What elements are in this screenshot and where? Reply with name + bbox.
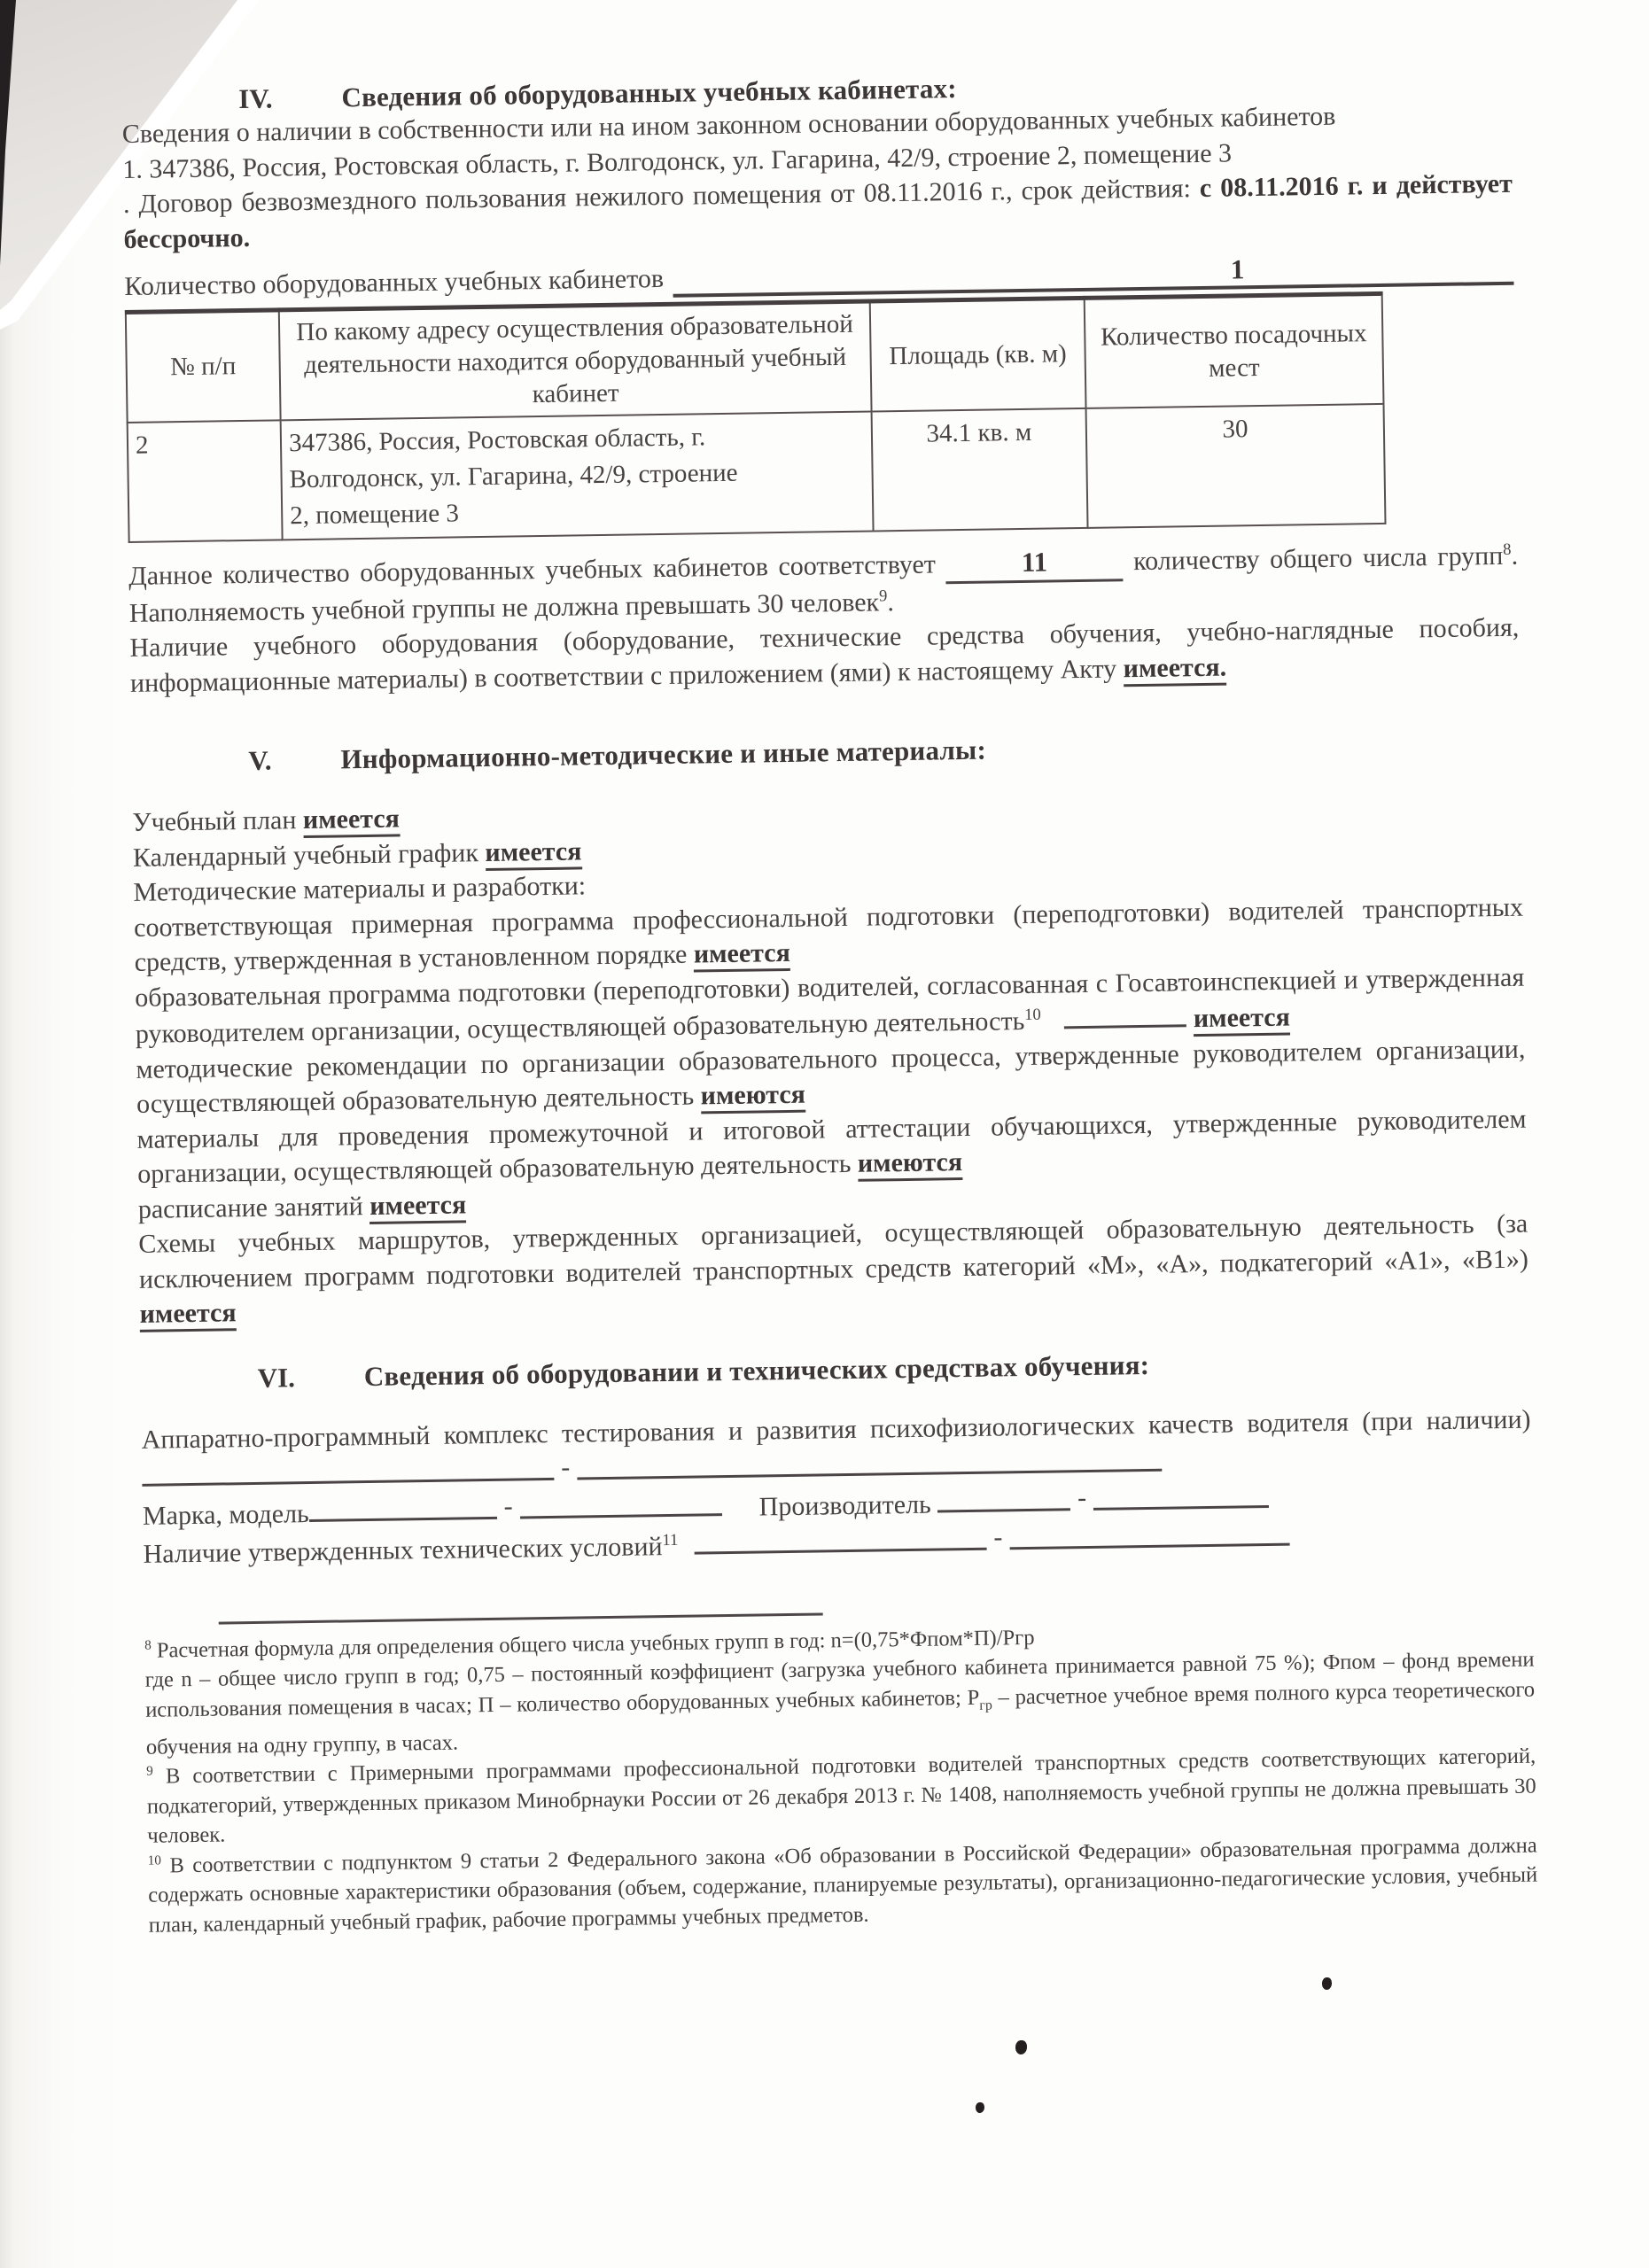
cabinets-table-row: 2 347386, Россия, Ростовская область, г.… (128, 404, 1386, 542)
tech-conditions-label: Наличие утвержденных технических условий (143, 1532, 662, 1569)
footnote-ref-8: 8 (1503, 540, 1512, 559)
item-present-value: имеются (700, 1080, 805, 1115)
item-label: Календарный учебный график (133, 838, 486, 873)
cabinet-count-blank: 1 (673, 250, 1514, 298)
brand-label: Марка, модель (143, 1499, 309, 1531)
item-present-value: имеется (139, 1298, 237, 1332)
cabinet-count-value: 1 (673, 253, 1245, 294)
footnote-ref-9: 9 (879, 586, 888, 605)
apk-blank-2 (577, 1443, 1162, 1480)
item-label: Учебный план (132, 805, 303, 837)
tech-blank-2 (1009, 1518, 1289, 1550)
section-v-title: Информационно-методические и иные матери… (340, 734, 986, 776)
footnote-9-text: В соответствии с Примерными программами … (147, 1744, 1536, 1848)
manufacturer-blank-1 (937, 1483, 1070, 1512)
apk-blank-1 (142, 1452, 554, 1486)
apk-label: Аппаратно-программный комплекс тестирова… (141, 1404, 1530, 1454)
groups-count-blank: 11 (945, 543, 1124, 583)
footnote-ref-11: 11 (662, 1530, 678, 1549)
cabinets-table-header-row: № п/п По какому адресу осуществления обр… (126, 293, 1384, 423)
blank-dash: - (496, 1491, 519, 1520)
section-v-number: V. (248, 745, 272, 777)
sec5-item-route-schemes: Схемы учебных маршрутов, утвержденных ор… (138, 1207, 1529, 1332)
scanned-document-page: IV. Сведения об оборудованных учебных ка… (0, 0, 1649, 2268)
cabinet-count-label: Количество оборудованных учебных кабинет… (124, 264, 664, 302)
ink-blot (976, 2102, 984, 2113)
footnote-10-marker: 10 (148, 1852, 161, 1868)
brand-blank-2 (519, 1488, 721, 1518)
groups-text-d: . (887, 587, 894, 617)
footnote-ref-10: 10 (1024, 1006, 1041, 1024)
item-present-value: имеются (858, 1147, 963, 1182)
item-present-value: имеется (303, 804, 401, 838)
col-header-seats-line2: мест (1095, 350, 1373, 387)
item-present-value: имеется (369, 1190, 467, 1224)
ink-blot (1322, 1977, 1332, 1990)
col-header-number: № п/п (126, 310, 281, 423)
row-seats-cell: 30 (1086, 404, 1386, 528)
footnote-10-text: В соответствии с подпунктом 9 статьи 2 Ф… (148, 1833, 1537, 1937)
item-present-value: имеется (485, 836, 582, 871)
col-header-seats: Количество посадочных мест (1085, 293, 1384, 408)
footnote-8-subscript: гр (979, 1697, 992, 1713)
blank-dash: - (554, 1452, 577, 1481)
section-v-heading: V. Информационно-методические и иные мат… (131, 726, 1521, 779)
row-address-line3: 2, помещение 3 (290, 490, 865, 535)
blank-dash: - (1070, 1482, 1093, 1511)
manufacturer-blank-2 (1093, 1480, 1269, 1510)
item-present-value: имеется (694, 938, 791, 973)
item-present-value: имеется (1194, 1003, 1291, 1037)
col-header-seats-line1: Количество посадочных (1094, 317, 1373, 354)
groups-text-a: Данное количество оборудованных учебных … (128, 549, 946, 591)
document-content: IV. Сведения об оборудованных учебных ка… (121, 65, 1538, 1940)
footnote-divider (219, 1612, 823, 1624)
row-address-cell: 347386, Россия, Ростовская область, г. В… (281, 411, 874, 540)
section-vi-number: VI. (257, 1362, 295, 1394)
tech-blank-1 (694, 1522, 986, 1554)
section-vi-title: Сведения об оборудовании и технических с… (364, 1348, 1150, 1392)
equipment-present-value: имеется. (1123, 652, 1226, 687)
inline-blank (1064, 999, 1186, 1029)
section-vi-heading: VI. Сведения об оборудовании и техническ… (140, 1343, 1529, 1395)
row-number-cell: 2 (128, 420, 283, 542)
manufacturer-label: Производитель (758, 1489, 937, 1521)
cabinets-table: № п/п По какому адресу осуществления обр… (125, 291, 1387, 543)
row-area-cell: 34.1 кв. м (871, 408, 1087, 532)
groups-text-b: количеству общего числа групп (1123, 541, 1503, 576)
ink-blot (1015, 2040, 1027, 2054)
col-header-area: Площадь (кв. м) (870, 298, 1086, 411)
blank-dash: - (986, 1522, 1009, 1551)
brand-blank-1 (308, 1491, 496, 1521)
item-label: расписание занятий (138, 1191, 370, 1223)
section-iv-number: IV. (238, 82, 273, 115)
col-header-address: По какому адресу осуществления образоват… (279, 301, 872, 420)
